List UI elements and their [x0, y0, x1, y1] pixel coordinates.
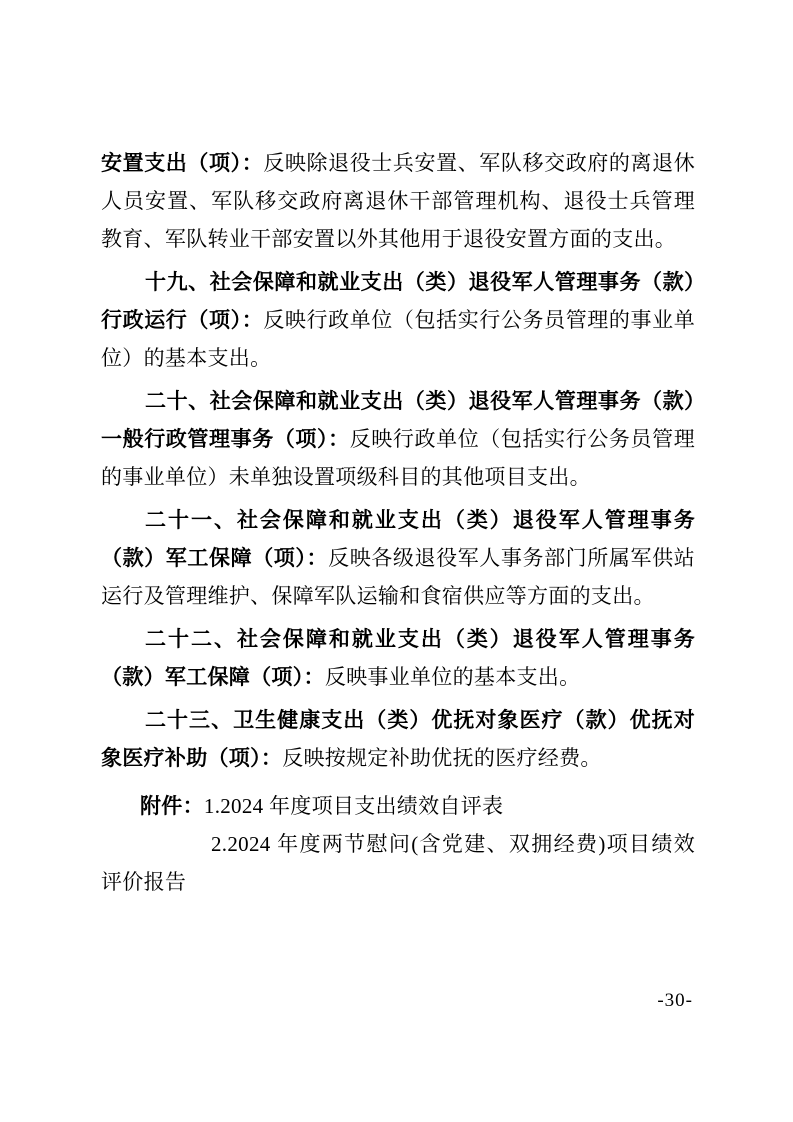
document-page: 安置支出（项）：反映除退役士兵安置、军队移交政府的离退休人员安置、军队移交政府离…: [0, 0, 793, 1122]
attachment-item-2: 2.2024 年度两节慰问(含党建、双拥经费)项目绩效评价报告: [101, 825, 695, 901]
paragraph-19: 十九、社会保障和就业支出（类）退役军人管理事务（款）行政运行（项）：反映行政单位…: [101, 263, 695, 377]
attachments-block: 附件：1.2024 年度项目支出绩效自评表 2.2024 年度两节慰问(含党建、…: [101, 787, 695, 901]
paragraph-heading: 安置支出（项）：: [101, 151, 263, 175]
paragraph-text: 反映事业单位的基本支出。: [325, 665, 581, 689]
page-number: -30-: [657, 990, 693, 1012]
paragraph-22: 二十二、社会保障和就业支出（类）退役军人管理事务（款）军工保障（项）：反映事业单…: [101, 620, 695, 696]
attachment-line-1: 附件：1.2024 年度项目支出绩效自评表: [101, 787, 695, 825]
paragraph-23: 二十三、卫生健康支出（类）优抚对象医疗（款）优抚对象医疗补助（项）：反映按规定补…: [101, 701, 695, 777]
document-body: 安置支出（项）：反映除退役士兵安置、军队移交政府的离退休人员安置、军队移交政府离…: [101, 144, 695, 901]
attachments-label: 附件：: [140, 794, 204, 818]
attachment-item-1: 1.2024 年度项目支出绩效自评表: [204, 794, 503, 818]
paragraph-text: 反映按规定补助优抚的医疗经费。: [282, 746, 602, 770]
paragraph-21: 二十一、社会保障和就业支出（类）退役军人管理事务（款）军工保障（项）：反映各级退…: [101, 501, 695, 615]
paragraph-continuation: 安置支出（项）：反映除退役士兵安置、军队移交政府的离退休人员安置、军队移交政府离…: [101, 144, 695, 258]
paragraph-20: 二十、社会保障和就业支出（类）退役军人管理事务（款）一般行政管理事务（项）：反映…: [101, 382, 695, 496]
